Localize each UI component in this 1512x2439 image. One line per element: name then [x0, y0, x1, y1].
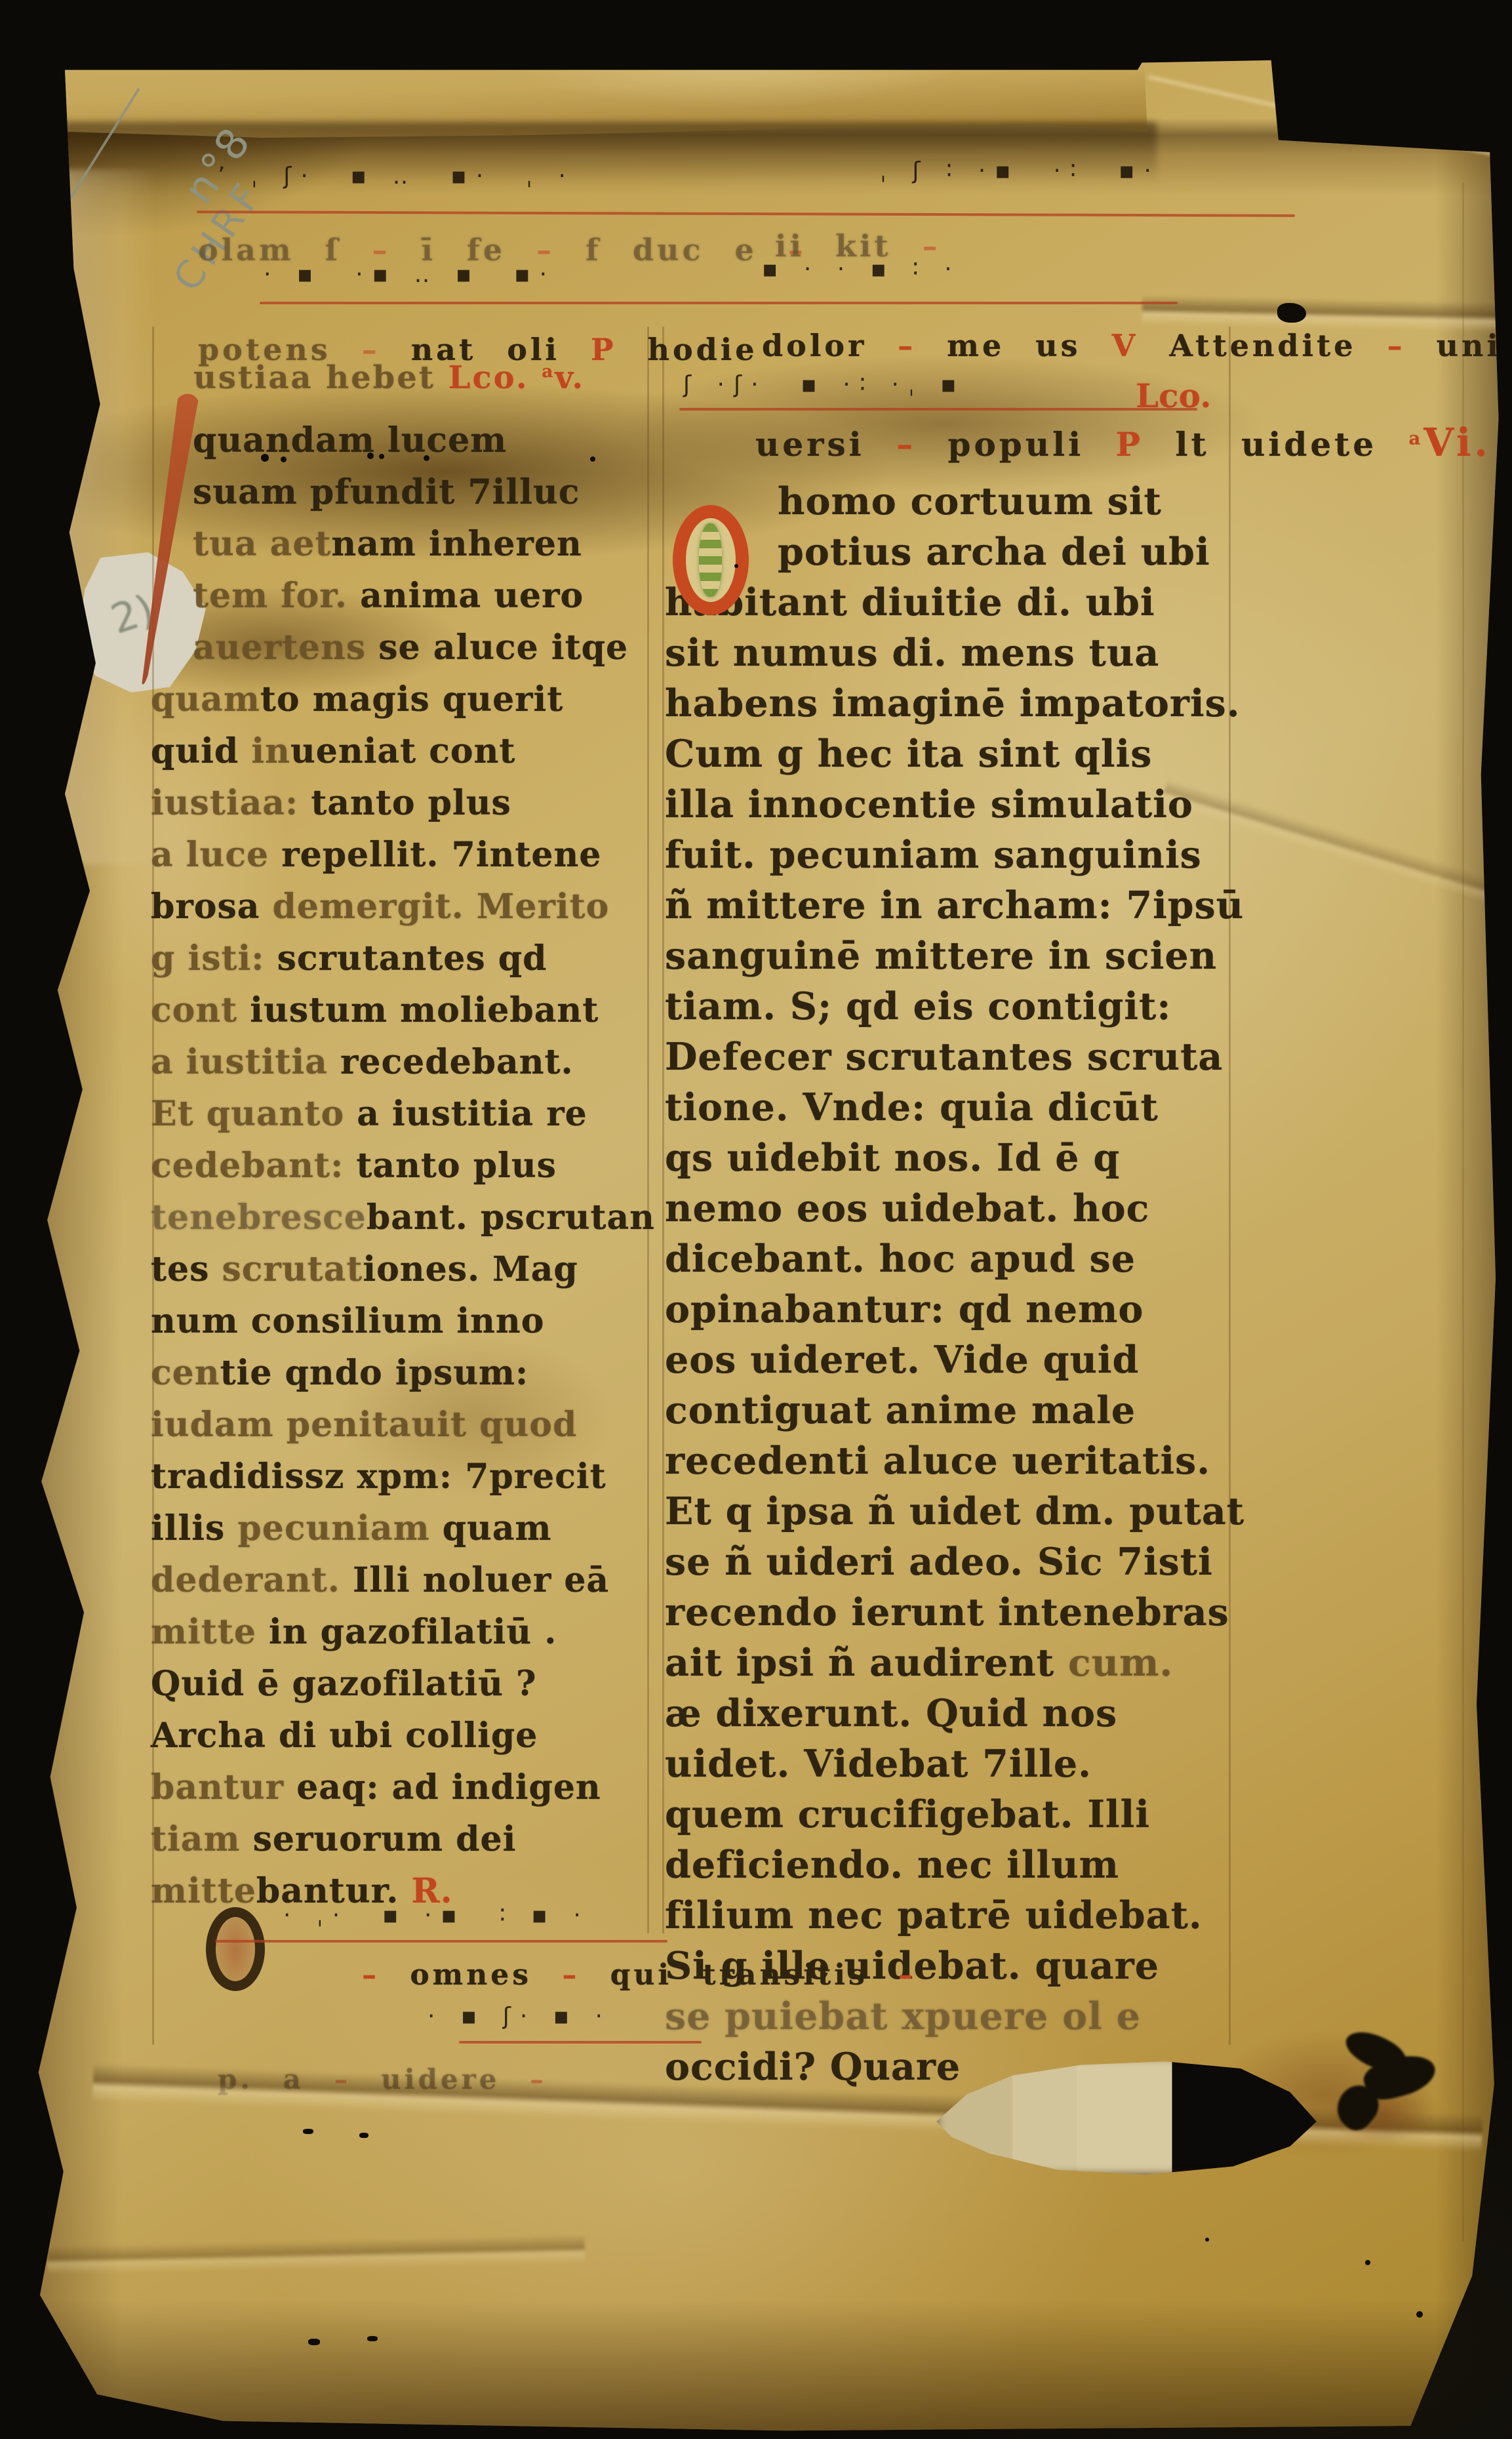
text-line: æ dixerunt. Quid nos: [665, 1691, 1265, 1741]
text-segment: qui transitis: [610, 1958, 898, 1992]
text-line: iudam penitauit quod: [151, 1401, 657, 1453]
text-segment: cen: [151, 1353, 220, 1393]
text-segment: quandam lucem: [193, 420, 507, 460]
text-segment: iudam penitauit quod: [151, 1405, 577, 1445]
text-segment: scrutantes qd: [277, 938, 547, 978]
text-line: dicebant. hoc apud se: [665, 1236, 1265, 1287]
text-line: num consilium inno: [151, 1298, 657, 1350]
text-segment: dederant.: [151, 1560, 353, 1600]
text-segment: quam: [151, 679, 260, 719]
text-segment: dicebant. hoc apud se: [665, 1237, 1136, 1281]
text-segment: filium nec patrē uidebat.: [665, 1893, 1203, 1937]
text-segment: a: [1408, 428, 1423, 449]
text-segment: a iustitia re: [357, 1094, 587, 1134]
text-segment: P: [1116, 425, 1176, 464]
text-segment: se aluce itqe: [378, 628, 628, 668]
text-segment: g isti:: [151, 938, 277, 978]
text-line: sit numus di. mens tua: [665, 630, 1265, 681]
text-segment: in gazofilatiū .: [269, 1612, 557, 1652]
text-segment: pecuniam: [237, 1508, 429, 1548]
text-segment: eaq: ad indigen: [296, 1767, 601, 1807]
text-line: tenebrescebant. pscrutan: [151, 1194, 657, 1246]
text-segment: cedebant:: [151, 1146, 356, 1186]
text-segment: nemo eos uidebat. hoc: [665, 1186, 1149, 1230]
text-segment: illa innocentie simulatio: [665, 782, 1193, 826]
speck: [1365, 2260, 1370, 2265]
text-segment: habens imaginē impatoris.: [665, 681, 1241, 725]
parchment-leaf: n°8 CHRF 2) ʼ ˌ ʃ· ▪ ‥ ▪· ˌ · ˌ ʃ ∶ ·▪ ·…: [34, 12, 1502, 2433]
text-line: a iustitia recedebant.: [151, 1039, 657, 1091]
wormhole: [424, 455, 429, 461]
text-segment: populi: [947, 425, 1115, 464]
right-text-column: homo cortuum sitpotius archa dei ubihabi…: [665, 479, 1265, 2095]
text-segment: demergit. Merito: [273, 887, 610, 927]
text-segment: æ dixerunt. Quid nos: [665, 1691, 1117, 1735]
text-line: opinabantur: qd nemo: [665, 1287, 1265, 1337]
text-segment: quid: [151, 731, 251, 771]
text-line: brosa demergit. Merito: [151, 883, 657, 935]
text-segment: ñ mittere in archam: 7ipsū: [665, 883, 1244, 927]
text-line: mitte in gazofilatiū .: [151, 1609, 657, 1661]
text-line: se puiebat xpuere ol e: [665, 1994, 1265, 2044]
text-line: quandam lucem: [151, 417, 657, 469]
text-segment: –: [362, 1958, 410, 1992]
text-line: tem for. anima uero: [151, 573, 657, 624]
chant-lyric-right-2: uersi – populi P lt uidete aVi.: [755, 420, 1491, 465]
text-segment: opinabantur: qd nemo: [665, 1287, 1144, 1331]
text-segment: mitte: [151, 1612, 269, 1652]
text-segment: eos uideret. Vide quid: [665, 1338, 1139, 1382]
manuscript-photo: n°8 CHRF 2) ʼ ˌ ʃ· ▪ ‥ ▪· ˌ · ˌ ʃ ∶ ·▪ ·…: [0, 0, 1512, 2439]
text-segment: omnes: [410, 1958, 562, 1992]
text-segment: lt uidete: [1176, 425, 1409, 464]
text-line: Cum g hec ita sint qlis: [665, 731, 1265, 782]
text-line: contiguat anime male: [665, 1388, 1265, 1438]
staff-line: [679, 408, 1197, 411]
text-segment: a: [542, 361, 555, 382]
text-segment: tanto plus: [311, 783, 511, 823]
chant-lyric-right: dolor – me us V Attendite – uni –: [762, 328, 1512, 363]
text-line: tione. Vnde: quia dicūt: [665, 1085, 1265, 1135]
text-segment: uidet. Videbat 7ille.: [665, 1742, 1092, 1786]
text-line: cont iustum moliebant: [151, 987, 657, 1039]
text-line: illis pecuniam quam: [151, 1505, 657, 1557]
text-segment: –: [896, 425, 947, 464]
text-segment: occidi? Quare: [665, 2045, 961, 2089]
chant-lyric-bottom: – omnes – qui transitis –: [362, 1958, 916, 1992]
text-line: Et q ipsa ñ uidet dm. putat: [665, 1489, 1265, 1539]
right-margin-fold-line: [1462, 182, 1464, 2242]
text-segment: recedebant.: [340, 1042, 574, 1082]
text-line: eos uideret. Vide quid: [665, 1337, 1265, 1388]
speck: [1205, 2238, 1209, 2242]
text-line: quem crucifigebat. Illi: [665, 1792, 1265, 1842]
text-line: sanguinē mittere in scien: [665, 933, 1265, 984]
text-line: cedebant: tanto plus: [151, 1142, 657, 1194]
text-segment: bant. pscrutan: [367, 1198, 655, 1238]
text-segment: tradidissz xpm: 7precit: [151, 1457, 607, 1497]
text-line: auertens se aluce itqe: [151, 624, 657, 676]
text-segment: sit numus di. mens tua: [665, 631, 1159, 675]
text-segment: fuit. pecuniam sanguinis: [665, 833, 1202, 877]
text-segment: quem crucifigebat. Illi: [665, 1792, 1150, 1836]
text-segment: mitte: [151, 1871, 256, 1911]
neume-row: · ˌ· ▪ ·▪ ∶ ▪ ·: [283, 1902, 590, 1929]
text-line: g isti: scrutantes qd: [151, 935, 657, 987]
text-segment: Archa di ubi collige: [151, 1716, 538, 1756]
text-segment: Et q ipsa ñ uidet dm. putat: [665, 1489, 1244, 1533]
text-segment: potius archa dei ubi: [778, 530, 1210, 574]
text-segment: homo cortuum sit: [778, 479, 1162, 523]
text-segment: –: [898, 1958, 916, 1992]
text-line: potius archa dei ubi: [665, 529, 1265, 580]
text-line: illa innocentie simulatio: [665, 782, 1265, 832]
initial-O-left: [206, 1907, 265, 1991]
text-segment: iustum moliebant: [250, 990, 599, 1030]
text-line: habitant diuitie di. ubi: [665, 580, 1265, 630]
lectio-label: Lco.: [1136, 376, 1211, 415]
text-segment: recendo ierunt intenebras: [665, 1590, 1229, 1634]
staff-line: [260, 302, 1178, 304]
text-line: nemo eos uidebat. hoc: [665, 1186, 1265, 1236]
text-line: se ñ uideri adeo. Sic 7isti: [665, 1539, 1265, 1590]
text-segment: a luce: [151, 835, 281, 875]
neume-row: ▪ · · ▪ ∶ ·: [762, 256, 961, 283]
text-segment: dolor: [762, 328, 898, 363]
wormhole: [590, 456, 595, 462]
text-segment: tes: [151, 1249, 222, 1289]
text-segment: anima uero: [360, 576, 584, 616]
staff-line: [197, 211, 1295, 217]
text-line: tiam. S; qd eis contigit:: [665, 984, 1265, 1034]
text-line: Archa di ubi collige: [151, 1712, 657, 1764]
text-line: tiam seruorum dei: [151, 1816, 657, 1868]
text-segment: tenebresce: [151, 1198, 367, 1238]
text-segment: f duc e: [555, 232, 788, 268]
text-segment: ait ipsi ñ audirent: [665, 1641, 1068, 1685]
text-segment: Lco.: [448, 359, 542, 396]
text-segment: brosa: [151, 887, 273, 927]
text-segment: illis: [151, 1508, 237, 1548]
text-line: habens imaginē impatoris.: [665, 681, 1265, 731]
speck: [367, 2336, 378, 2341]
top-right-edge-highlight: [1148, 75, 1512, 163]
text-segment: Illi noluer eā: [353, 1560, 609, 1600]
speck: [1416, 2311, 1423, 2318]
text-segment: recedenti aluce ueritatis.: [665, 1439, 1210, 1483]
text-line: Defecer scrutantes scruta: [665, 1034, 1265, 1085]
text-segment: auertens: [193, 628, 378, 668]
text-line: Et quanto a iustitia re: [151, 1091, 657, 1142]
text-segment: Quid ē gazofilatiū ?: [151, 1664, 537, 1704]
text-segment: iones. Mag: [363, 1249, 578, 1289]
speck: [308, 2339, 320, 2345]
text-line: quid inueniat cont: [151, 728, 657, 780]
text-segment: repellit. 7intene: [281, 835, 601, 875]
text-segment: cont: [151, 990, 250, 1030]
text-segment: contiguat anime male: [665, 1388, 1136, 1432]
text-segment: tiam. S; qd eis contigit:: [665, 984, 1171, 1028]
neume-row: ʼ ˌ ʃ· ▪ ‥ ▪· ˌ ·: [218, 163, 575, 190]
text-segment: quam: [430, 1508, 552, 1548]
text-segment: to magis querit: [260, 679, 563, 719]
text-segment: tanto plus: [356, 1146, 557, 1186]
text-segment: hodie: [648, 332, 758, 367]
text-line: tes scrutationes. Mag: [151, 1246, 657, 1298]
text-line: deficiendo. nec illum: [665, 1842, 1265, 1893]
text-line: homo cortuum sit: [665, 479, 1265, 529]
text-segment: suam pfundit 7illuc: [193, 472, 580, 512]
crease-bottom-left: [47, 2234, 586, 2274]
text-line: ait ipsi ñ audirent cum.: [665, 1640, 1265, 1691]
wormhole: [281, 456, 287, 462]
text-segment: num consilium inno: [151, 1301, 544, 1341]
text-segment: qs uidebit nos. Id ē q: [665, 1136, 1120, 1180]
text-line: ñ mittere in archam: 7ipsū: [665, 883, 1265, 933]
wormhole: [379, 454, 384, 459]
text-segment: deficiendo. nec illum: [665, 1843, 1119, 1887]
text-segment: –: [562, 1958, 610, 1992]
text-segment: uersi: [755, 425, 896, 464]
text-segment: se ñ uideri adeo. Sic 7isti: [665, 1540, 1213, 1584]
text-segment: tem for.: [193, 576, 360, 616]
text-segment: Vi.: [1423, 420, 1491, 465]
speck: [734, 564, 738, 568]
text-segment: v.: [555, 359, 585, 396]
text-segment: nam inheren: [331, 524, 582, 564]
ruling-line-center-right: [662, 327, 664, 1933]
wormhole: [261, 454, 269, 462]
wormhole: [367, 453, 374, 459]
text-segment: tiam: [151, 1819, 253, 1859]
text-segment: Attendite: [1169, 328, 1387, 363]
text-segment: uni: [1437, 328, 1512, 363]
text-line: Quid ē gazofilatiū ?: [151, 1661, 657, 1712]
text-line: a luce repellit. 7intene: [151, 832, 657, 883]
text-segment: P: [591, 332, 648, 367]
text-segment: Defecer scrutantes scruta: [665, 1035, 1223, 1079]
text-line: fuit. pecuniam sanguinis: [665, 832, 1265, 883]
neume-row: ʃ ·ʃ· ▪ ·∶ ·ˌ ▪: [683, 371, 966, 398]
speck: [303, 2129, 313, 2134]
text-segment: Cum g hec ita sint qlis: [665, 732, 1152, 776]
text-segment: se puiebat xpuere ol e: [665, 1994, 1141, 2038]
text-segment: ueniat cont: [290, 731, 515, 771]
text-segment: cum.: [1068, 1641, 1173, 1685]
text-line: uidet. Videbat 7ille.: [665, 1741, 1265, 1792]
text-segment: ustiaa hebet: [193, 359, 448, 396]
text-segment: tie qndo ipsum:: [220, 1353, 529, 1393]
text-segment: bantur: [151, 1767, 296, 1807]
text-line: dederant. Illi noluer eā: [151, 1557, 657, 1609]
text-line: bantur eaq: ad indigen: [151, 1764, 657, 1816]
text-line: tradidissz xpm: 7precit: [151, 1453, 657, 1505]
text-segment: tione. Vnde: quia dicūt: [665, 1085, 1159, 1129]
edge-hole: [1277, 303, 1306, 323]
text-line: recendo ierunt intenebras: [665, 1590, 1265, 1640]
text-line: centie qndo ipsum:: [151, 1350, 657, 1401]
staff-line: [215, 1940, 667, 1943]
initial-O-right: [673, 505, 749, 615]
text-segment: V: [1112, 328, 1170, 363]
lesson-header-left: ustiaa hebet Lco. av.: [193, 359, 585, 396]
neume-row: · ▪ ·▪ ‥ ▪ ▪·: [264, 261, 556, 288]
text-line: quamto magis querit: [151, 676, 657, 728]
text-line: qs uidebit nos. Id ē q: [665, 1135, 1265, 1186]
neume-row: · ▪ ʃ· ▪ ·: [428, 2003, 612, 2030]
text-segment: a iustitia: [151, 1042, 340, 1082]
text-segment: tua aet: [193, 524, 331, 564]
text-line: tua aetnam inheren: [151, 521, 657, 573]
text-line: suam pfundit 7illuc: [151, 469, 657, 521]
text-line: filium nec patrē uidebat.: [665, 1893, 1265, 1943]
text-line: iustiaa: tanto plus: [151, 780, 657, 832]
left-text-column: quandam lucemsuam pfundit 7illuctua aetn…: [151, 417, 657, 1920]
text-segment: iustiaa:: [151, 783, 311, 823]
text-segment: me us: [947, 328, 1111, 363]
neume-row: ˌ ʃ ∶ ·▪ ·∶ ▪·: [880, 157, 1161, 184]
speck: [359, 2133, 368, 2138]
text-segment: sanguinē mittere in scien: [665, 934, 1217, 978]
text-segment: Et quanto: [151, 1094, 357, 1134]
text-line: recedenti aluce ueritatis.: [665, 1438, 1265, 1489]
text-segment: scrutat: [222, 1249, 363, 1289]
text-segment: –: [1387, 328, 1437, 363]
text-segment: seruorum dei: [253, 1819, 517, 1859]
text-segment: in: [251, 731, 290, 771]
staff-line: [459, 2041, 702, 2044]
text-segment: –: [898, 328, 947, 363]
